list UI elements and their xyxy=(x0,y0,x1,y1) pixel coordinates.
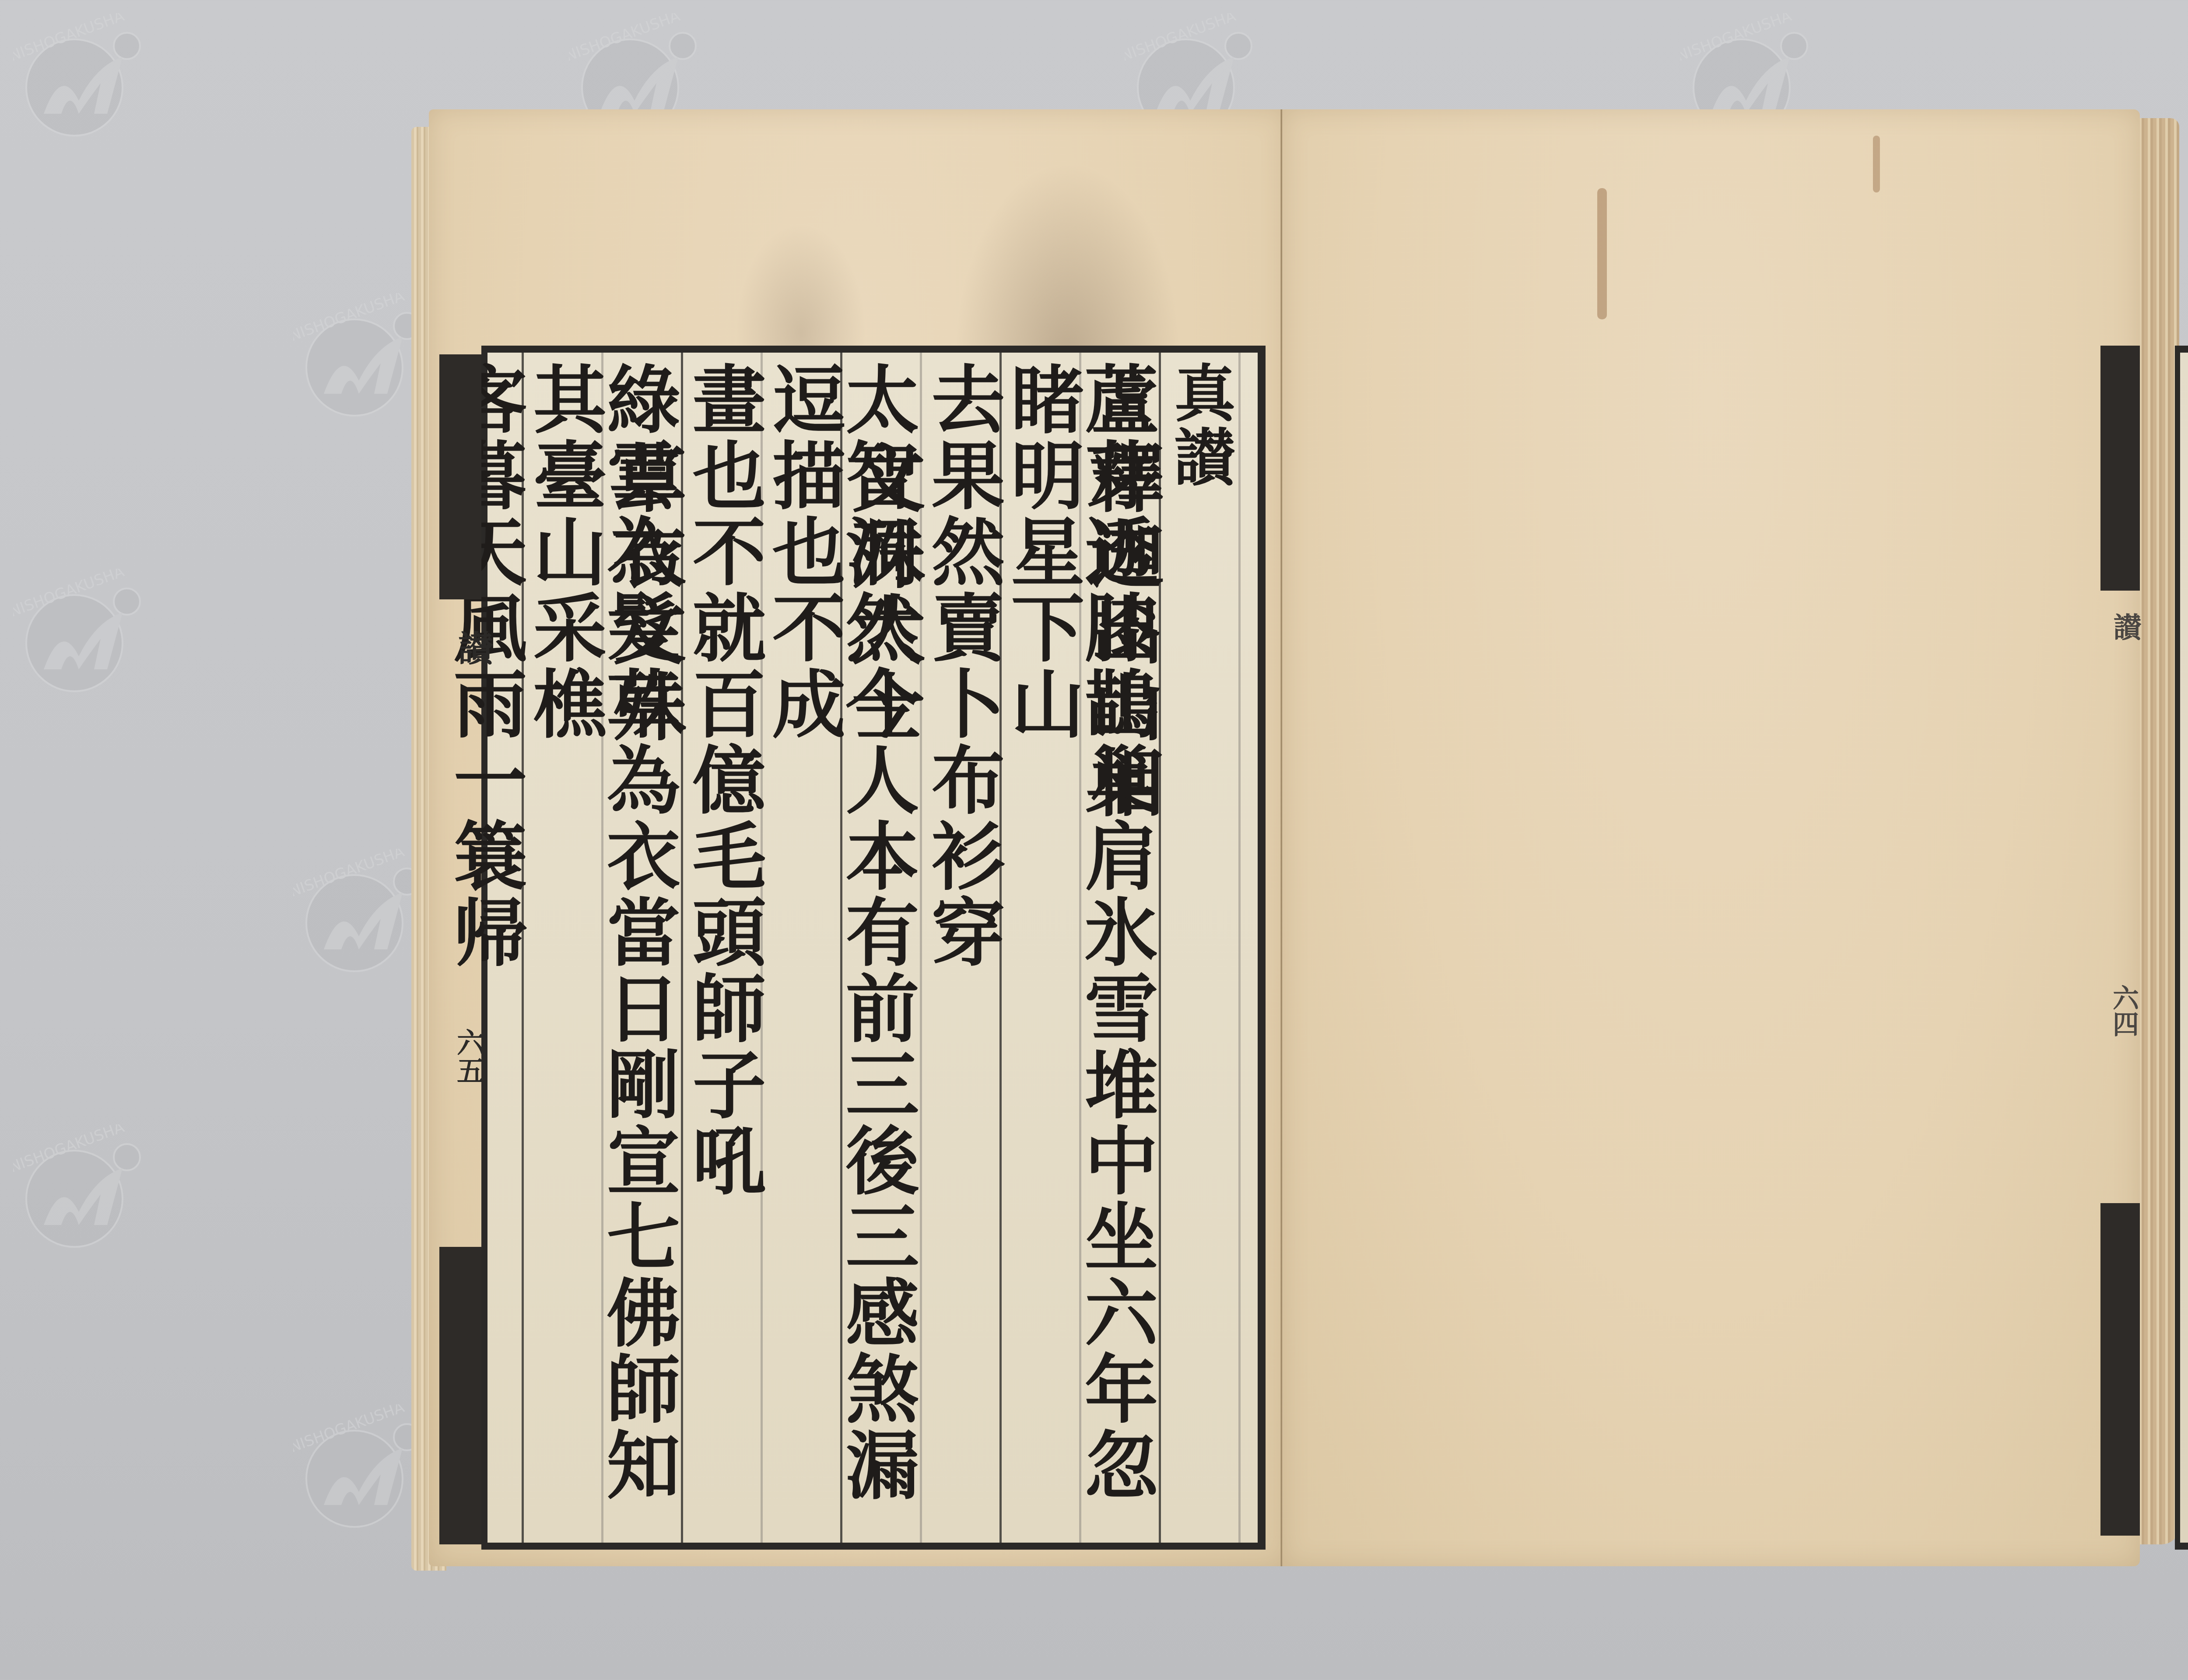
hashira-page-number: 六五 xyxy=(448,1028,488,1084)
text-column: 綠雲為髮草為衣當日剛宣七佛師知其臺山采樵 xyxy=(528,361,675,1543)
text-column: 去果然賣卜布衫穿 xyxy=(926,361,999,970)
open-book: 真讃釋迦出山相蘆芽透膝鵲巢肩氷雪堆中坐六年忽睹明星下山去果然賣卜布衫穿文殊大士太… xyxy=(394,101,2179,1579)
page-heading: 真讃 xyxy=(1169,361,1231,489)
nishogakusha-logo-icon: NISHOGAKUSHA xyxy=(13,569,144,700)
hashira-block-bottom xyxy=(439,1247,481,1544)
nishogakusha-logo-icon: NISHOGAKUSHA xyxy=(13,13,144,144)
text-column: 太智洞然今人本有前三後三感煞漏逗描也不成 xyxy=(767,361,914,1543)
hashira-block-bottom xyxy=(2100,1203,2140,1536)
text-column: 蘆芽透膝鵲巢肩氷雪堆中坐六年忽睹明星下山 xyxy=(1006,361,1153,1543)
hashira-title: 讃 xyxy=(2105,612,2145,640)
worm-hole xyxy=(1873,136,1880,192)
worm-hole xyxy=(1597,188,1607,319)
right-text-frame: 非身不染霧雲東端四辨非是成佛者塵像生化化禮手他界無法無量主張禮佛卷于東歸來知書童… xyxy=(2175,346,2188,1550)
hashira-block-top xyxy=(439,354,481,599)
right-page: 非身不染霧雲東端四辨非是成佛者塵像生化化禮手他界無法無量主張禮佛卷于東歸來知書童… xyxy=(1282,109,2140,1566)
hashira-page-number: 六四 xyxy=(2105,984,2142,1037)
text-column: 畫也不就百億毛頭師子吼 xyxy=(687,361,761,1199)
left-page: 真讃釋迦出山相蘆芽透膝鵲巢肩氷雪堆中坐六年忽睹明星下山去果然賣卜布衫穿文殊大士太… xyxy=(429,109,1287,1566)
hashira-block-top xyxy=(2100,346,2140,591)
nishogakusha-logo-icon: NISHOGAKUSHA xyxy=(13,1124,144,1256)
column-rule xyxy=(1238,353,1241,1543)
hashira-title: 讃 xyxy=(448,630,498,665)
left-text-frame: 真讃釋迦出山相蘆芽透膝鵲巢肩氷雪堆中坐六年忽睹明星下山去果然賣卜布衫穿文殊大士太… xyxy=(481,346,1266,1550)
